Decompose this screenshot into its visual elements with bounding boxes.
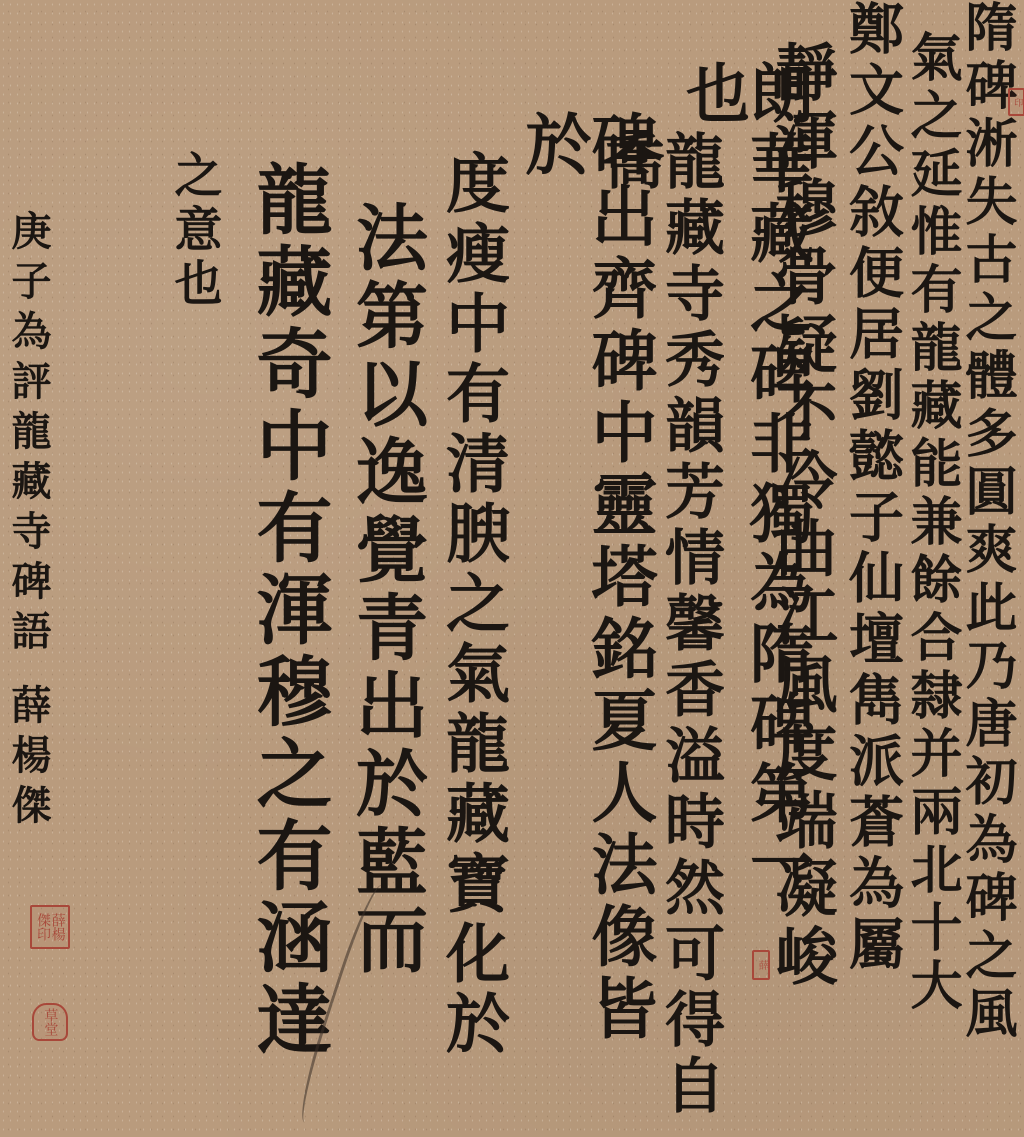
seal-artist-studio: 草堂	[32, 1003, 68, 1041]
seal-artist-name: 薛楊傑印	[30, 905, 70, 949]
seal-mid: 薛	[752, 950, 770, 980]
text-column-2: 氣之延惟有龍藏能兼餘合隸并兩北十大	[905, 30, 957, 1130]
artist-inscription: 庚子為評龍藏寺碑語 薛楊傑	[8, 210, 48, 890]
text-column-11: 之意也	[170, 150, 218, 450]
text-column-10: 龍藏奇中有渾穆之有涵達	[250, 160, 326, 1110]
text-column-3: 鄭文公敘便居劉懿子仙壇雋派蒼為屬	[845, 0, 900, 1100]
text-column-7: 碑出齊碑中靈塔銘夏人法像皆於	[520, 110, 652, 1110]
seal-top-right: 印	[1008, 88, 1024, 116]
text-column-1: 隋碑淅失古之體多圓爽此乃唐初為碑之風	[960, 0, 1012, 1130]
text-column-8: 度瘦中有清腴之氣龍藏寶化於	[440, 150, 504, 1100]
